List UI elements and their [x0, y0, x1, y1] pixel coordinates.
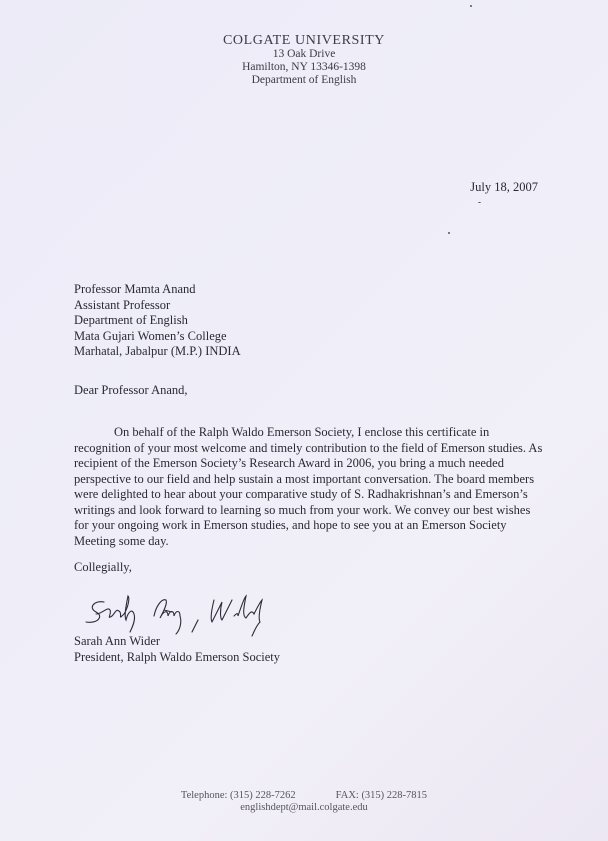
signer-block: Sarah Ann Wider President, Ralph Waldo E… [74, 634, 280, 665]
letterhead-footer: Telephone: (315) 228-7262FAX: (315) 228-… [0, 790, 608, 814]
telephone-number: Telephone: (315) 228-7262 [181, 790, 296, 801]
body-paragraph: On behalf of the Ralph Waldo Emerson Soc… [74, 425, 542, 548]
recipient-department: Department of English [74, 313, 241, 329]
closing: Collegially, [74, 560, 132, 575]
fax-number: FAX: (315) 228-7815 [336, 790, 427, 801]
scan-speck [478, 202, 481, 203]
city-address: Hamilton, NY 13346-1398 [0, 61, 608, 74]
salutation: Dear Professor Anand, [74, 383, 188, 398]
signer-name: Sarah Ann Wider [74, 634, 280, 650]
street-address: 13 Oak Drive [0, 48, 608, 61]
recipient-address: Marhatal, Jabalpur (M.P.) INDIA [74, 344, 241, 360]
handwritten-signature [82, 592, 282, 640]
letter-body: On behalf of the Ralph Waldo Emerson Soc… [74, 425, 544, 549]
institution-name: COLGATE UNIVERSITY [0, 33, 608, 48]
recipient-address-block: Professor Mamta Anand Assistant Professo… [74, 282, 241, 360]
scan-speck [448, 232, 450, 234]
recipient-title: Assistant Professor [74, 298, 241, 314]
recipient-name: Professor Mamta Anand [74, 282, 241, 298]
signer-title: President, Ralph Waldo Emerson Society [74, 650, 280, 666]
email-address: englishdept@mail.colgate.edu [0, 802, 608, 814]
letter-date: July 18, 2007 [470, 180, 538, 195]
letterhead: COLGATE UNIVERSITY 13 Oak Drive Hamilton… [0, 33, 608, 87]
department-name: Department of English [0, 74, 608, 87]
recipient-college: Mata Gujari Women’s College [74, 329, 241, 345]
scan-speck [470, 5, 472, 7]
